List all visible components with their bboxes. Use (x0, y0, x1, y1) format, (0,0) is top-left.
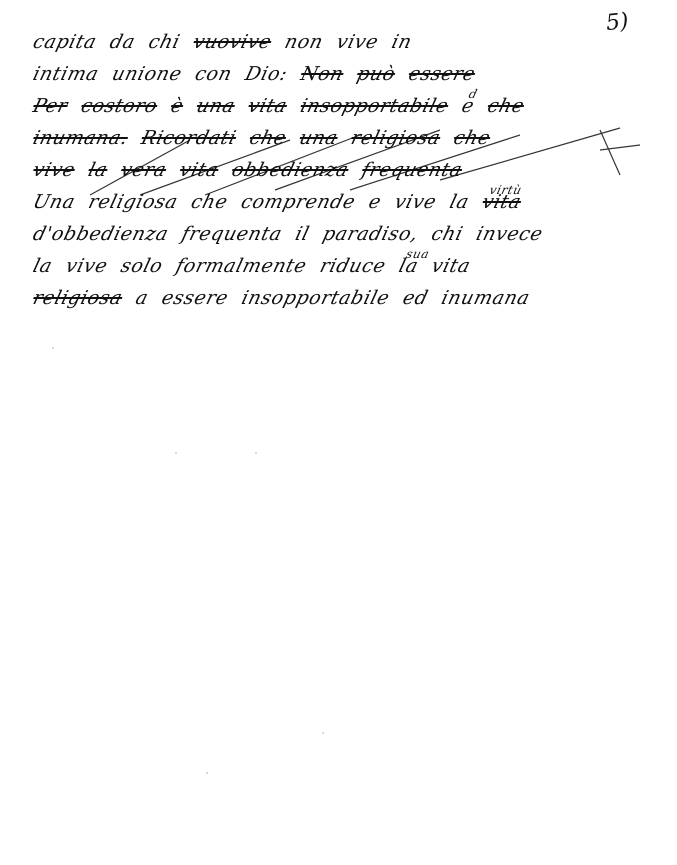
manuscript-line: vivelaveravitaobbedienzafrequenta (30, 156, 647, 184)
struck-word: che (485, 92, 528, 120)
struck-word: vera (118, 156, 170, 184)
word: lasua (396, 252, 422, 280)
manuscript-line: intimaunioneconDio:Nonpuòessere (30, 60, 647, 88)
word: chi (145, 28, 183, 56)
word: non (282, 28, 327, 56)
struck-word: è (168, 92, 187, 120)
word: frequenta (179, 220, 286, 248)
word: in (389, 28, 415, 56)
manuscript-line: Unareligiosachecomprendeevivelavitavirtù (30, 188, 647, 216)
paper-speck (322, 732, 324, 734)
struck-word: una (296, 124, 341, 152)
struck-word: vita (245, 92, 290, 120)
manuscript-line: lavivesoloformalmenteriducelasuavita (30, 252, 647, 280)
interlinear-insertion: virtù (486, 176, 525, 204)
paper-speck (255, 452, 257, 454)
word: unione (109, 60, 185, 88)
struck-word: può (354, 60, 399, 88)
struck-word: Per (30, 92, 71, 120)
struck-word: che (451, 124, 494, 152)
word: religiosa (85, 188, 181, 216)
struck-word: vuovive (190, 28, 274, 56)
word: Dio: (242, 60, 291, 88)
word: con (192, 60, 235, 88)
paper-speck (175, 452, 177, 454)
word: paradiso, (320, 220, 422, 248)
word: la (30, 252, 56, 280)
word: solo (118, 252, 166, 280)
struck-word: obbedienza (229, 156, 352, 184)
struck-word: inumana. (30, 124, 131, 152)
struck-word: essere (406, 60, 479, 88)
struck-word: Ricordati (138, 124, 239, 152)
word: d'obbedienza (30, 220, 172, 248)
word: comprende (238, 188, 359, 216)
paper-speck (206, 772, 208, 774)
word: la (447, 188, 473, 216)
word: essere (159, 284, 232, 312)
manuscript-line: capitadachivuovivenonvivein (30, 28, 647, 56)
word: vive (391, 188, 439, 216)
word: a (133, 284, 152, 312)
struck-word: insopportabile (297, 92, 451, 120)
struck-word: che (246, 124, 289, 152)
word: inumana (438, 284, 533, 312)
struck-word: vitavirtù (479, 188, 524, 216)
word: ed (459, 92, 478, 120)
struck-word: costoro (78, 92, 161, 120)
word: invece (473, 220, 546, 248)
word: il (292, 220, 312, 248)
manuscript-page: 5) capitadachivuovivenonviveinintimaunio… (0, 0, 677, 865)
word: intima (30, 60, 102, 88)
manuscript-line: inumana.Ricordaticheunareligiosache (30, 124, 647, 152)
word: riduce (317, 252, 389, 280)
struck-word: religiosa (348, 124, 444, 152)
manuscript-line: d'obbedienzafrequentailparadiso,chiinvec… (30, 220, 647, 248)
word: formalmente (173, 252, 310, 280)
paper-speck (52, 347, 54, 349)
word: vive (333, 28, 381, 56)
word: Una (30, 188, 78, 216)
word: insopportabile (239, 284, 393, 312)
word: vive (63, 252, 111, 280)
struck-word: Non (298, 60, 347, 88)
word: da (107, 28, 139, 56)
struck-word: religiosa (30, 284, 126, 312)
word: capita (30, 28, 100, 56)
word: che (188, 188, 231, 216)
word: ed (400, 284, 432, 312)
struck-word: vita (177, 156, 222, 184)
struck-word: la (85, 156, 111, 184)
manuscript-line: Percostoroèunavitainsopportabileedche (30, 92, 647, 120)
word: vita (429, 252, 474, 280)
manuscript-line: religiosaaessereinsopportabileedinumana (30, 284, 647, 312)
word: chi (428, 220, 466, 248)
struck-word: vive (30, 156, 78, 184)
struck-word: una (194, 92, 239, 120)
struck-word: frequenta (359, 156, 466, 184)
word: e (366, 188, 385, 216)
